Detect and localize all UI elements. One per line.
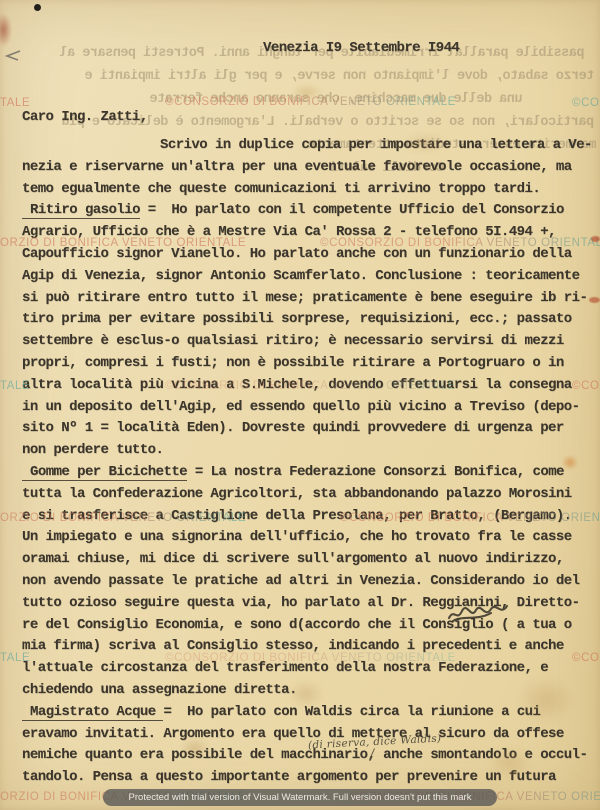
section-text: = Ho parlato con il competente Ufficio d…: [140, 202, 564, 218]
watermark-text: TALE: [0, 380, 30, 392]
typed-line: propri, compresi i fusti; non è possibil…: [22, 355, 564, 371]
watermark-text: ©CON: [572, 652, 600, 664]
typed-line: in un deposito dell'Agip, ed essendo que…: [22, 399, 579, 415]
typed-line: tutta la Confederazione Agricoltori, sta…: [22, 486, 572, 502]
typed-line: non avendo passate le pratiche ad altri …: [22, 573, 579, 589]
section-text: = Ho parlato con Waldis circa la riunion…: [163, 704, 540, 720]
handwritten-caret: ∕: [370, 747, 375, 762]
watermark-text: ©CONSORZIO DI BONIFICA VENETO ORIENTALE: [320, 237, 600, 249]
typed-line: oramai chiuse, mi dice di scrivere sull'…: [22, 551, 564, 567]
stain: [0, 13, 12, 47]
section-text: = La nostra Federazione Consorzi Bonific…: [187, 464, 564, 480]
typed-line: Scrivo in duplice copia per impostare un…: [160, 137, 592, 153]
typed-line: Gomme per Bicichette = La nostra Federaz…: [22, 464, 564, 480]
typed-line: nezia e riservarne un'altra per una even…: [22, 159, 572, 175]
date-line: Venezia I9 Settembre I944: [263, 40, 459, 56]
section-heading-gasolio: Ritiro gasolio: [22, 202, 140, 219]
bleedthrough-line: terzo sabato, dove l'impianto non serve,…: [85, 69, 594, 84]
section-text: re del Consiglio Economia, e sono d(acco…: [22, 617, 462, 633]
section-heading-gomme: Gomme per Bicichette: [22, 464, 187, 481]
section-heading-acque: Magistrato Acque: [22, 704, 163, 721]
salutation: Caro Ing. Zatti,: [22, 109, 148, 125]
watermark-text: ©CON: [572, 380, 600, 392]
stain: [562, 455, 578, 470]
watermark-text: ©CON: [572, 97, 600, 109]
typed-line: non perdere tutto.: [22, 442, 163, 458]
typed-line: chiedendo una assegnazione diretta.: [22, 682, 297, 698]
typed-line: settembre è esclus-o qualsiasi ritiro; è…: [22, 333, 564, 349]
scanned-letter-page: passibile parallal irrimediabile per lun…: [0, 0, 600, 810]
typed-line: Magistrato Acque = Ho parlato con Waldis…: [22, 704, 540, 720]
watermark-text: TALE: [0, 652, 30, 664]
typed-line: Ritiro gasolio = Ho parlato con il compe…: [22, 202, 564, 218]
typed-line: sito Nº 1 = località Eden). Dovreste qui…: [22, 420, 564, 436]
typed-line: Un impiegato e una signorina dell'uffici…: [22, 529, 572, 545]
watermark-text: TALE: [0, 97, 30, 109]
typed-line: si può ritirare entro tutto il mese; pra…: [22, 290, 587, 306]
watermark-text: ©CONSORZIO DI BONIFICA VENETO ORIENTALE: [165, 96, 456, 108]
pencil-mark: [4, 48, 22, 62]
typed-line: tandolo. Pensa a questo importante argom…: [22, 769, 556, 785]
trial-watermark-bar: Protected with trial version of Visual W…: [103, 789, 497, 806]
typed-line: nemiche quanto era possibile del macchin…: [22, 747, 587, 763]
typed-line: tiro prima per evitare possibili sorpres…: [22, 311, 572, 327]
watermark-text: ©CONSORZIO DI BONIFICA VENETO ORIENTALE: [340, 512, 600, 524]
stain: [589, 297, 600, 303]
watermark-text: ORZIO DI BONIFICA VENETO ORIENTALE: [0, 512, 246, 524]
watermark-text: ©CONSORZIO DI BONIFICA VENETO ORIENTALE: [165, 652, 456, 664]
typed-line: Agip di Venezia, signor Antonio Scamferl…: [22, 268, 579, 284]
watermark-text: ORZIO DI BONIFICA VENETO ORIENTALE: [0, 237, 246, 249]
stain: [34, 4, 41, 11]
typed-line: eravamo invitati. Argomento era quello d…: [22, 726, 564, 742]
ink-scribble: [447, 602, 509, 628]
typed-line: temo egualmente che queste comunicazioni…: [22, 181, 540, 197]
watermark-text: ©CONSORZIO DI BONIFICA VENETO ORIENTALE: [165, 380, 456, 392]
